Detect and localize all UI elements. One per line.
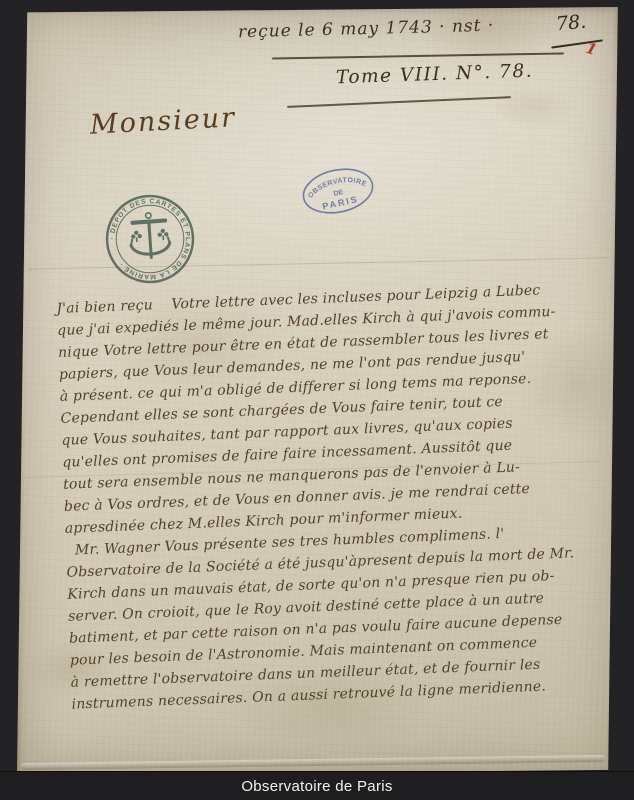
fleur-ornament-right-icon: [157, 228, 169, 240]
annotation-page-number: 78.: [555, 11, 587, 36]
paper-fold-line: [21, 755, 605, 770]
letter-body: J'ai bien reçu Votre lettre avec les inc…: [56, 277, 617, 716]
oval-stamp-bottom-text: PARIS: [321, 194, 359, 211]
caption-label: Observatoire de Paris: [241, 778, 392, 795]
marine-depot-stamp: · DEPOT DES CARTES ET PLANS DE LA MARINE…: [102, 191, 198, 287]
photo-frame: reçue le 6 may 1743 · nst · 78. 1 Tome V…: [0, 0, 634, 800]
caption-bar: Observatoire de Paris: [0, 771, 634, 800]
